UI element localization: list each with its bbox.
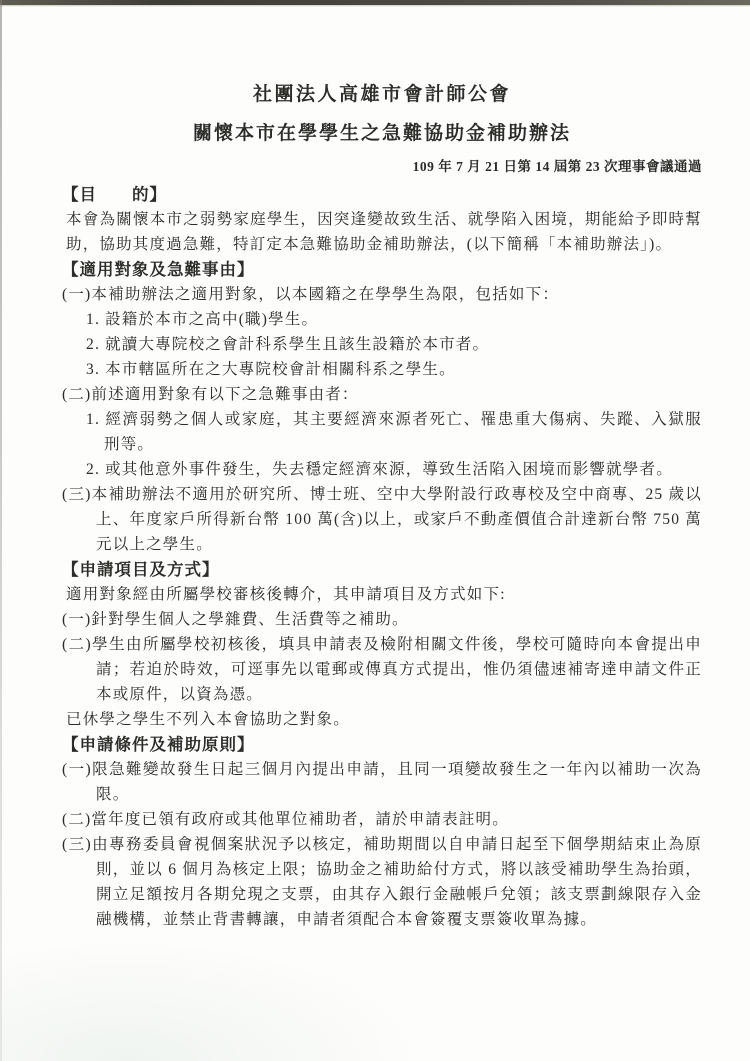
section-heading: 【申請條件及補助原則】: [62, 732, 702, 757]
list-item-level1: (一)針對學生個人之學雜費、生活費等之補助。: [62, 607, 702, 632]
paragraph: 已休學之學生不列入本會協助之對象。: [62, 707, 702, 732]
list-item-level1: (三)本補助辦法不適用於研究所、博士班、空中大學附設行政專校及空中商專、25 歲…: [62, 482, 702, 557]
document-section: 【目 的】本會為關懷本市之弱勢家庭學生，因突逢變故致生活、就學陷入困境，期能給予…: [62, 182, 702, 257]
list-item-level2: 3. 本市轄區所在之大專院校會計相關科系之學生。: [62, 357, 702, 382]
scanned-document-page: 社團法人高雄市會計師公會 關懷本市在學學生之急難協助金補助辦法 109 年 7 …: [0, 0, 750, 1061]
list-item-level1: (二)學生由所屬學校初核後，填具申請表及檢附相關文件後，學校可隨時向本會提出申請…: [62, 632, 702, 707]
scan-artifact-bottom-tint: [0, 941, 420, 1061]
list-item-level1: (二)當年度已領有政府或其他單位補助者，請於申請表註明。: [62, 807, 702, 832]
list-item-level2: 2. 或其他意外事件發生，失去穩定經濟來源，導致生活陷入困境而影響就學者。: [62, 457, 702, 482]
document-title: 關懷本市在學學生之急難協助金補助辦法: [62, 121, 702, 147]
list-item-level2: 1. 設籍於本市之高中(職)學生。: [62, 307, 702, 332]
section-heading: 【申請項目及方式】: [62, 557, 702, 582]
approval-note: 109 年 7 月 21 日第 14 屆第 23 次理事會議通過: [62, 158, 702, 176]
paragraph: 本會為關懷本市之弱勢家庭學生，因突逢變故致生活、就學陷入困境，期能給予即時幫助，…: [62, 207, 702, 257]
list-item-level1: (一)限急難變故發生日起三個月內提出申請，且同一項變故發生之一年內以補助一次為限…: [62, 757, 702, 807]
section-heading: 【目 的】: [62, 182, 702, 207]
list-item-level1: (三)由專務委員會視個案狀況予以核定，補助期間以自申請日起至下個學期結束止為原則…: [62, 832, 702, 932]
document-section: 【申請項目及方式】適用對象經由所屬學校審核後轉介，其申請項目及方式如下:(一)針…: [62, 557, 702, 732]
document-content: 社團法人高雄市會計師公會 關懷本市在學學生之急難協助金補助辦法 109 年 7 …: [0, 0, 750, 932]
section-heading: 【適用對象及急難事由】: [62, 257, 702, 282]
list-item-level2: 2. 就讀大專院校之會計科系學生且該生設籍於本市者。: [62, 332, 702, 357]
organization-title: 社團法人高雄市會計師公會: [62, 82, 702, 108]
list-item-level1: (二)前述適用對象有以下之急難事由者：: [62, 382, 702, 407]
document-section: 【適用對象及急難事由】(一)本補助辦法之適用對象，以本國籍之在學學生為限，包括如…: [62, 257, 702, 557]
list-item-level2: 1. 經濟弱勢之個人或家庭，其主要經濟來源者死亡、罹患重大傷病、失蹤、入獄服刑等…: [62, 407, 702, 457]
document-body: 【目 的】本會為關懷本市之弱勢家庭學生，因突逢變故致生活、就學陷入困境，期能給予…: [62, 182, 702, 932]
paragraph: 適用對象經由所屬學校審核後轉介，其申請項目及方式如下:: [62, 582, 702, 607]
document-section: 【申請條件及補助原則】(一)限急難變故發生日起三個月內提出申請，且同一項變故發生…: [62, 732, 702, 932]
list-item-level1: (一)本補助辦法之適用對象，以本國籍之在學學生為限，包括如下：: [62, 282, 702, 307]
